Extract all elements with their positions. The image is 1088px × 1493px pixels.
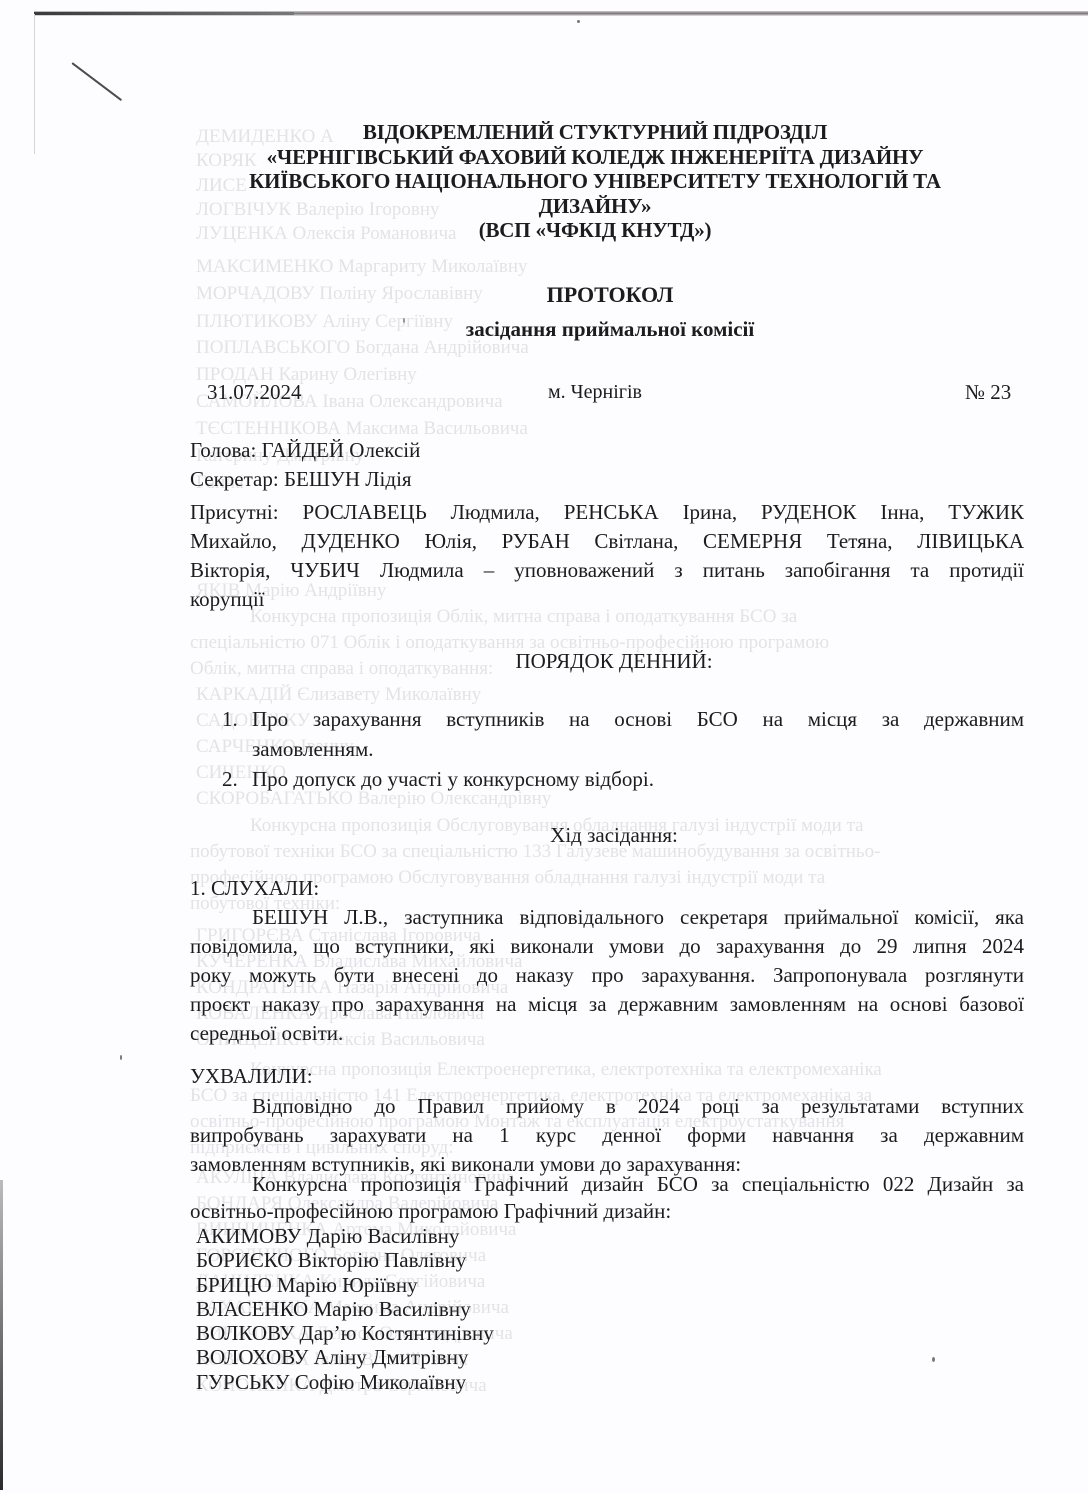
present-line: Вікторія, ЧУБИЧ Людмила – уповноважений … [190, 556, 1024, 585]
agenda-title: ПОРЯДОК ДЕННИЙ: [190, 649, 1038, 673]
competitive-offer: Конкурсна пропозиція Графічний дизайн БС… [190, 1170, 1024, 1224]
speck [932, 1357, 935, 1362]
enrolled-student: БРИЦЮ Марію Юріївну [196, 1273, 494, 1297]
proceedings-title: Хід засідання: [190, 823, 1038, 847]
agenda-item: 2. Про допуск до участі у конкурсному ві… [252, 766, 1024, 796]
org-line: ДИЗАЙНУ» [190, 194, 1000, 219]
heard-label: 1. СЛУХАЛИ: [190, 876, 319, 900]
present-members: Присутні: РОСЛАВЕЦЬ Людмила, РЕНСЬКА Іри… [190, 498, 1024, 614]
present-line: корупції [190, 585, 1024, 614]
heard-line: повідомила, що вступники, які виконали у… [190, 932, 1024, 961]
scan-edge-left [34, 14, 35, 154]
document-subtitle: засідання приймальної комісії [190, 317, 1030, 341]
enrolled-student: ВОЛКОВУ Дар’ю Костянтинівну [196, 1321, 494, 1345]
agenda-item-number: 2. [222, 766, 238, 793]
agenda-item-text: Про зарахування вступників на основі БСО… [252, 706, 1024, 736]
decided-label: УХВАЛИЛИ: [190, 1064, 313, 1088]
decided-line: Відповідно до Правил прийому в 2024 році… [190, 1092, 1024, 1121]
heard-line: середньої освіти. [190, 1019, 1024, 1048]
decided-paragraph: Відповідно до Правил прийому в 2024 році… [190, 1092, 1024, 1179]
heard-line: БЕШУН Л.В., заступника відповідального с… [190, 903, 1024, 932]
scanned-page: ДЕМИДЕНКО А КОРЯК ЛИСЕ ЛОГВІЧУК Валерію … [0, 0, 1088, 1493]
org-line: ВІДОКРЕМЛЕНИЙ СТУКТУРНИЙ ПІДРОЗДІЛ [190, 120, 1000, 145]
enrolled-student: ГУРСЬКУ Софію Миколаївну [196, 1370, 494, 1394]
enrolled-list: АКИМОВУ Дарію Василівну БОРИЄКО Вікторію… [196, 1224, 494, 1394]
show-through-text: КАРКАДІЙ Єлизавету Миколаївну [196, 684, 481, 707]
scan-edge-top-shadow [34, 12, 294, 15]
agenda-item: 1. Про зарахування вступників на основі … [252, 706, 1024, 766]
heard-paragraph: БЕШУН Л.В., заступника відповідального с… [190, 903, 1024, 1048]
org-abbreviation: (ВСП «ЧФКІД КНУТД») [190, 218, 1000, 243]
pen-mark [71, 62, 122, 101]
offer-line: Конкурсна пропозиція Графічний дизайн БС… [190, 1170, 1024, 1197]
agenda-item-text: замовленням. [252, 736, 1024, 766]
secretary: Секретар: БЕШУН Лідія [190, 467, 412, 491]
org-line: «ЧЕРНІГІВСЬКИЙ ФАХОВИЙ КОЛЕДЖ ІНЖЕНЕРІЇТ… [190, 145, 1000, 170]
document-number: № 23 [965, 380, 1011, 404]
chairperson: Голова: ГАЙДЕЙ Олексій [190, 438, 420, 462]
present-line: Присутні: РОСЛАВЕЦЬ Людмила, РЕНСЬКА Іри… [190, 498, 1024, 527]
org-line: КИЇВСЬКОГО НАЦІОНАЛЬНОГО УНІВЕРСИТЕТУ ТЕ… [190, 169, 1000, 194]
show-through-text: Конкурсна пропозиція Електроенергетика, … [250, 1059, 882, 1082]
heard-line: року можуть бути внесені до наказу про з… [190, 961, 1024, 990]
enrolled-student: ВЛАСЕНКО Марію Василівну [196, 1297, 494, 1321]
scan-edge-left-shadow [0, 1180, 3, 1490]
show-through-text: МАКСИМЕНКО Маргариту Миколаївну [196, 256, 528, 279]
document-city: м. Чернігів [548, 380, 642, 404]
enrolled-student: АКИМОВУ Дарію Василівну [196, 1224, 494, 1248]
document-date: 31.07.2024 [207, 380, 302, 404]
document-title: ПРОТОКОЛ [190, 283, 1030, 307]
speck [577, 20, 580, 23]
organization-header: ВІДОКРЕМЛЕНИЙ СТУКТУРНИЙ ПІДРОЗДІЛ «ЧЕРН… [190, 120, 1000, 243]
speck [120, 1055, 122, 1060]
agenda-item-number: 1. [222, 706, 238, 733]
decided-line: випробувань зарахувати на 1 курс денної … [190, 1121, 1024, 1150]
enrolled-student: БОРИЄКО Вікторію Павлівну [196, 1248, 494, 1272]
offer-line: освітньо-професійною програмою Графічний… [190, 1197, 1024, 1224]
enrolled-student: ВОЛОХОВУ Аліну Дмитрівну [196, 1345, 494, 1369]
agenda-item-text: Про допуск до участі у конкурсному відбо… [252, 766, 1024, 796]
present-line: Михайло, ДУДЕНКО Юлія, РУБАН Світлана, С… [190, 527, 1024, 556]
heard-line: проєкт наказу про зарахування на місця з… [190, 990, 1024, 1019]
